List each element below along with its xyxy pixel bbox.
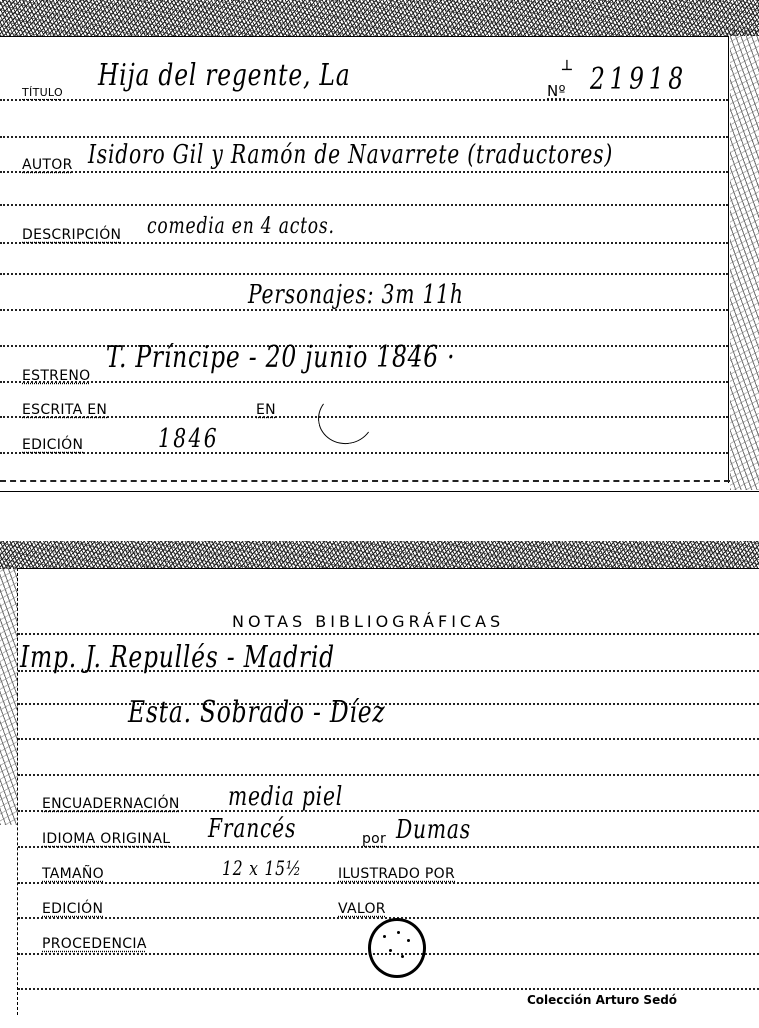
por-value: Dumas: [396, 815, 471, 845]
numero-cross-mark: ┴: [562, 60, 572, 79]
escrita-en-label: ESCRITA EN: [22, 402, 107, 418]
autor-value: Isidoro Gil y Ramón de Navarrete (traduc…: [88, 140, 613, 170]
rule-line: [0, 273, 728, 275]
scan-noise-left-edge: [0, 565, 18, 825]
rule-line: [0, 171, 728, 173]
descripcion-value: comedia en 4 actos.: [147, 214, 335, 239]
notas-bibliograficas-title: NOTAS BIBLIOGRÁFICAS: [232, 612, 504, 631]
titulo-label: TÍTULO: [22, 86, 63, 99]
estreno-label: ESTRENO: [22, 368, 90, 384]
library-stamp: [368, 918, 426, 978]
rule-line: [18, 988, 759, 990]
rule-line: [18, 633, 759, 635]
rule-line: [0, 136, 728, 138]
scan-noise-right-edge: [730, 30, 759, 490]
en-label: EN: [256, 402, 276, 418]
valor-label: VALOR: [338, 901, 386, 917]
rule-line: [18, 738, 759, 740]
edicion-value: 1846: [158, 424, 219, 454]
numero-value: 21918: [590, 62, 688, 97]
card-divider: [0, 491, 759, 492]
edicion-label: EDICIÓN: [22, 437, 83, 453]
personajes-value: Personajes: 3m 11h: [248, 280, 464, 310]
scan-noise-top-edge: [0, 0, 759, 36]
descripcion-label: DESCRIPCIÓN: [22, 227, 121, 243]
autor-label: AUTOR: [22, 157, 73, 173]
top-card-bottom-edge: [0, 480, 730, 482]
encuadernacion-value: media piel: [228, 782, 343, 812]
edicion-notas-label: EDICIÓN: [42, 901, 103, 917]
procedencia-label: PROCEDENCIA: [42, 936, 147, 952]
por-label: por: [362, 831, 386, 847]
rule-line: [0, 204, 728, 206]
nota-imprenta: Imp. J. Repullés - Madrid: [20, 640, 335, 675]
rule-line: [18, 882, 759, 884]
ilustrado-por-label: ILUSTRADO POR: [338, 866, 455, 882]
rule-line: [0, 99, 728, 101]
rule-line: [0, 381, 728, 383]
tamano-value: 12 x 15½: [222, 856, 302, 880]
idioma-original-value: Francés: [208, 814, 296, 844]
rule-line: [0, 452, 728, 454]
nota-establecimiento: Esta. Sobrado - Díez: [128, 695, 385, 730]
estreno-value: T. Príncipe - 20 junio 1846 ·: [106, 340, 455, 375]
rule-line: [18, 774, 759, 776]
numero-label: Nº: [547, 82, 566, 100]
idioma-original-label: IDIOMA ORIGINAL: [42, 831, 170, 847]
scan-noise-bottom-card-top-edge: [0, 541, 759, 569]
titulo-value: Hija del regente, La: [98, 58, 350, 93]
encuadernacion-label: ENCUADERNACIÓN: [42, 796, 180, 812]
tamano-label: TAMAÑO: [42, 866, 104, 882]
coleccion-footer: Colección Arturo Sedó: [527, 993, 677, 1007]
